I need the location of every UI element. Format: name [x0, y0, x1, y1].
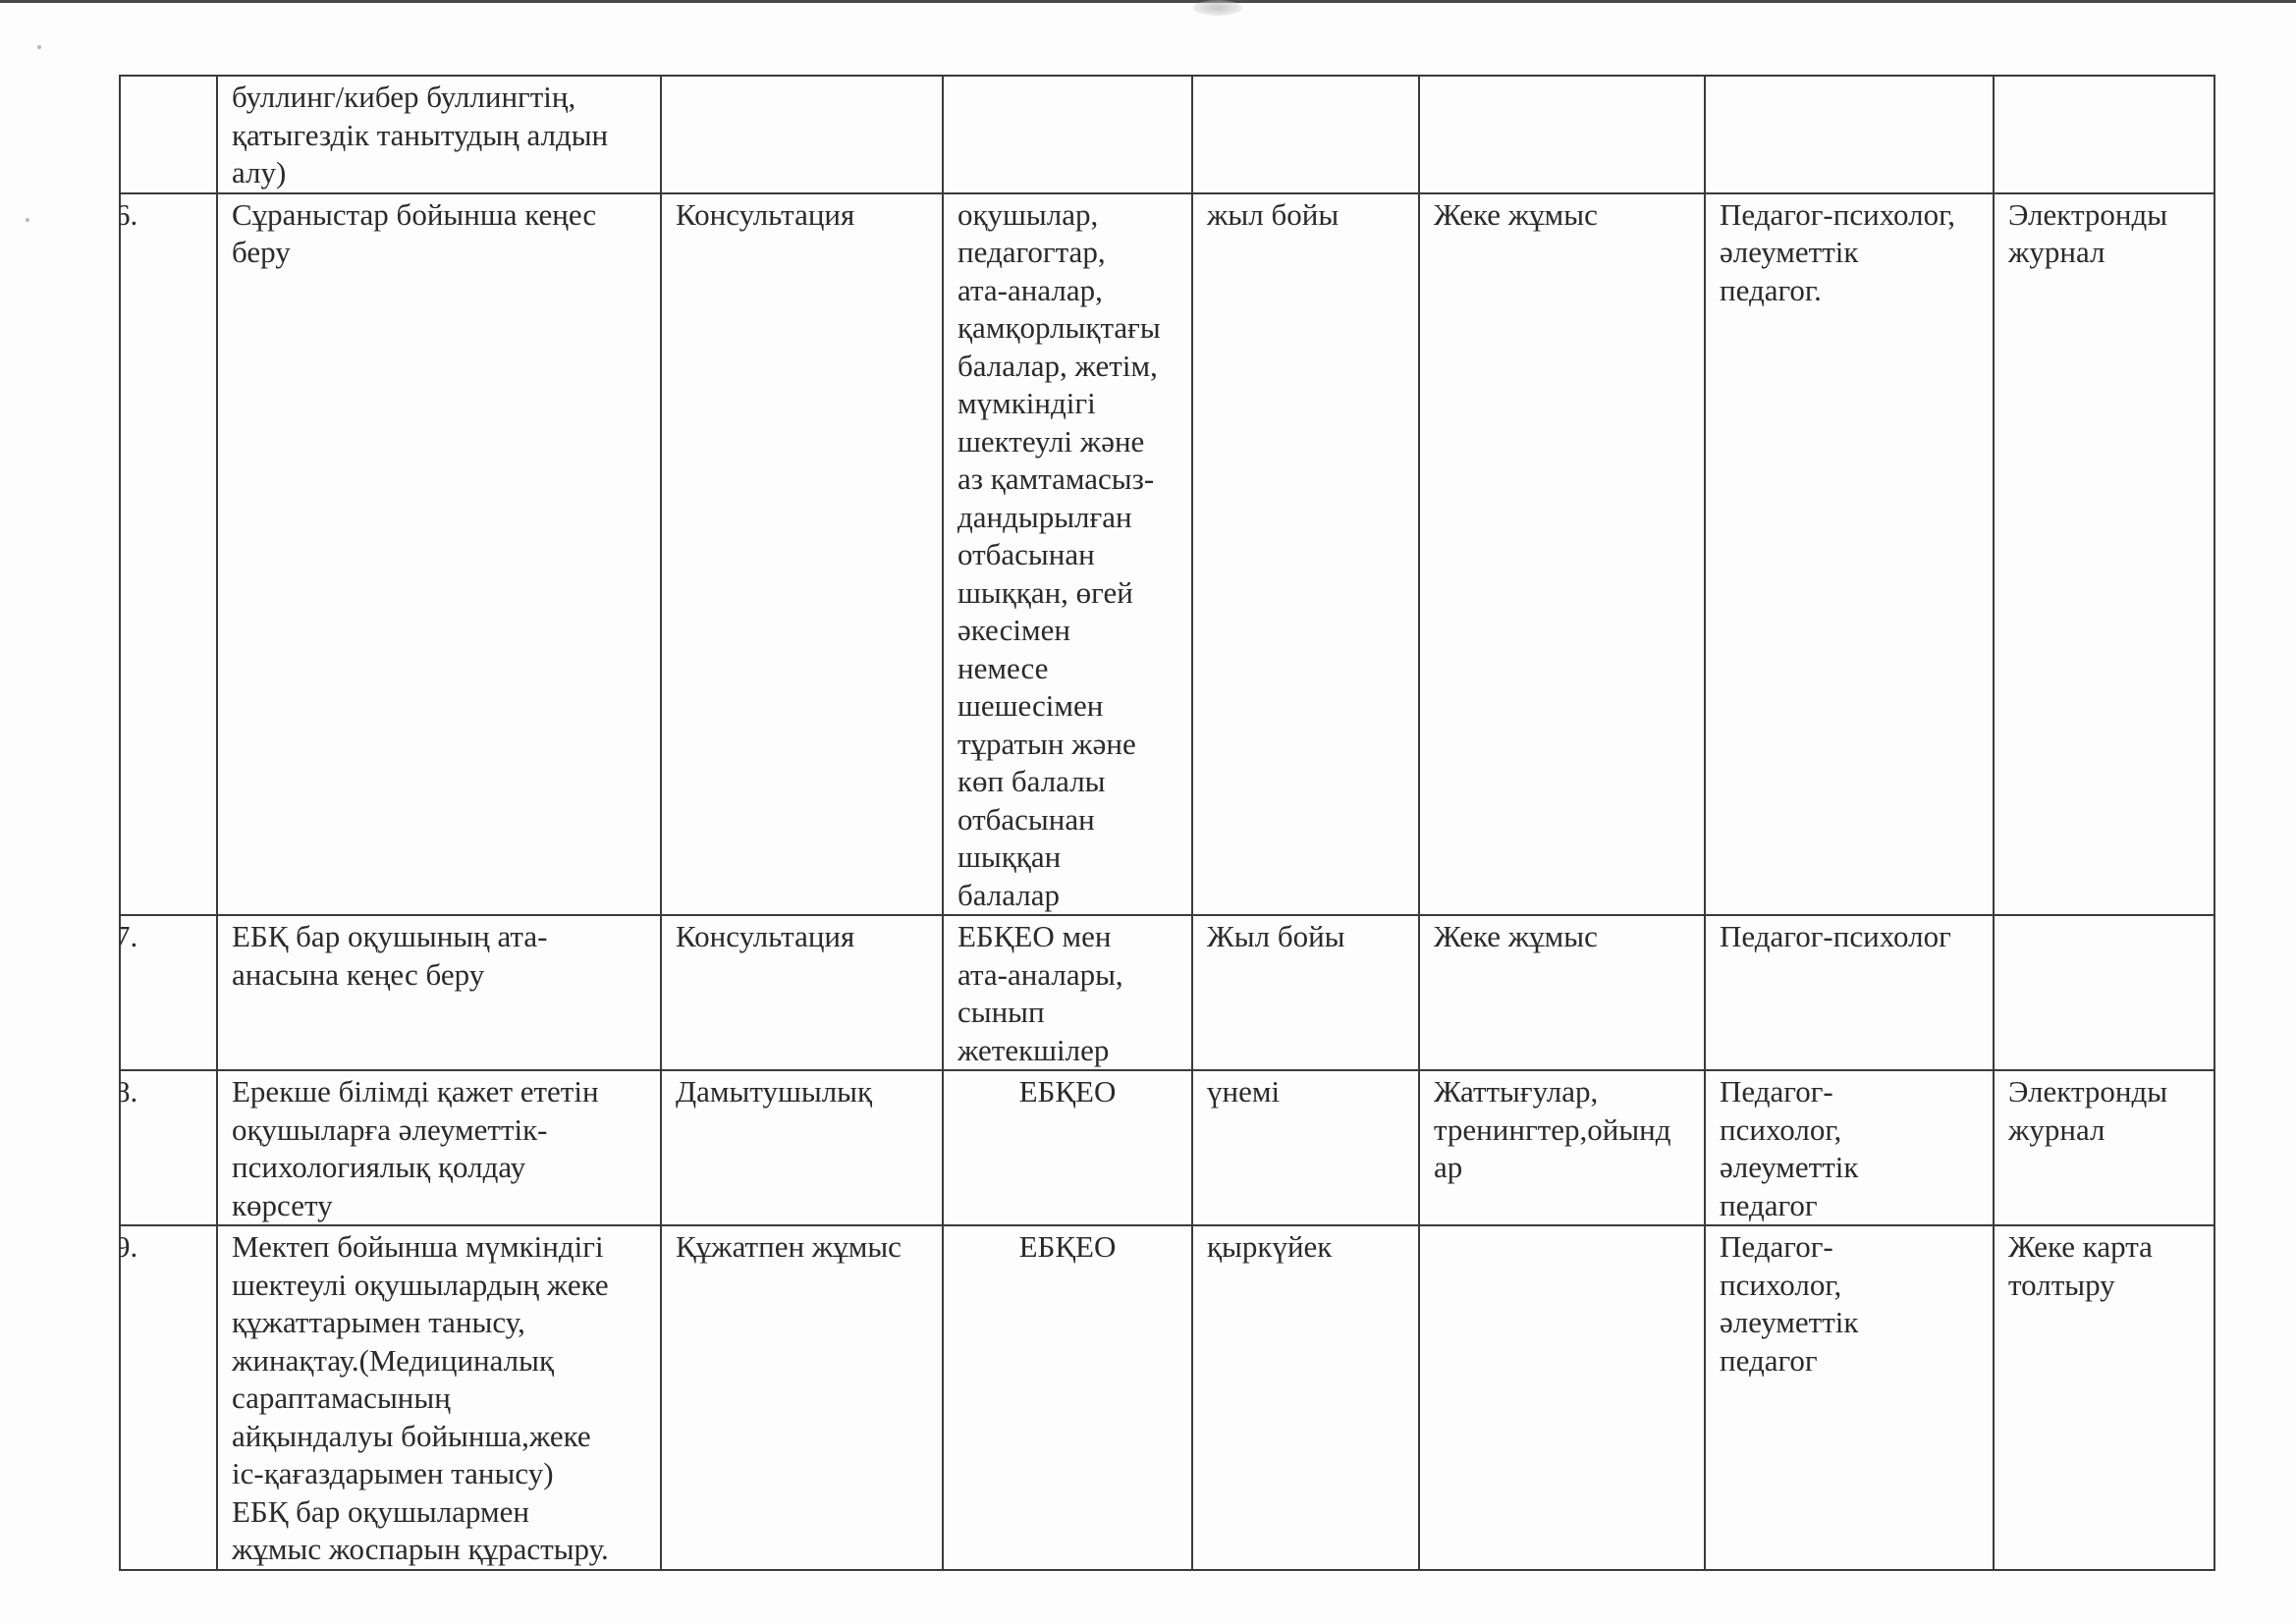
cell-text-line: ЕБҚ бар оқушының ата-: [232, 918, 646, 956]
scan-edge: [0, 0, 2296, 3]
cell-text-line: педагог: [1720, 1342, 1979, 1380]
cell-text-line: отбасынан: [957, 801, 1177, 839]
cell-text-line: балалар: [957, 877, 1177, 915]
work-plan-table: буллинг/кибер буллингтің,қатыгездік таны…: [119, 75, 2215, 1571]
responsible-cell: Педагог-психолог: [1705, 915, 1994, 1070]
row-number-cell: [120, 76, 217, 193]
method-cell: Жеке жұмыс: [1419, 915, 1705, 1070]
deadline-cell: үнемі: [1192, 1070, 1419, 1225]
cell-text-line: Консультация: [676, 918, 928, 956]
cell-text-line: тұратын және: [957, 726, 1177, 764]
cell-text-line: журнал: [2008, 1111, 2200, 1150]
cell-text-line: әлеуметтік: [1720, 1149, 1979, 1187]
cell-text-line: құжаттарымен танысу,: [232, 1304, 646, 1342]
cell-text-line: айқындалуы бойынша,жеке: [232, 1418, 646, 1456]
cell-text-line: ар: [1434, 1149, 1690, 1187]
cell-text-line: аз қамтамасыз-: [957, 460, 1177, 499]
cell-text-line: көп балалы: [957, 763, 1177, 801]
participants-cell: ЕБҚЕО: [943, 1225, 1192, 1570]
cell-text-line: педагогтар,: [957, 234, 1177, 272]
cell-text-line: шыққан: [957, 839, 1177, 877]
cell-text-line: Жыл бойы: [1207, 918, 1404, 956]
responsible-cell: Педагог-психолог,әлеуметтікпедагог: [1705, 1070, 1994, 1225]
cell-text-line: үнемі: [1207, 1073, 1404, 1111]
cell-text-line: психолог,: [1720, 1111, 1979, 1150]
form-cell: Консультация: [661, 915, 943, 1070]
row-number: 6.: [120, 197, 137, 232]
cell-text-line: Сұраныстар бойынша кеңес: [232, 196, 646, 235]
activity-cell: ЕБҚ бар оқушының ата-анасына кеңес беру: [217, 915, 661, 1070]
cell-text-line: Консультация: [676, 196, 928, 235]
cell-text-line: балалар, жетім,: [957, 348, 1177, 386]
method-cell: Жеке жұмыс: [1419, 193, 1705, 916]
cell-text-line: беру: [232, 234, 646, 272]
cell-text-line: Педагог-: [1720, 1073, 1979, 1111]
cell-text-line: сынып: [957, 994, 1177, 1032]
cell-text-line: қатыгездік танытудың алдын: [232, 117, 646, 155]
cell-text-line: шектеулі және: [957, 423, 1177, 461]
cell-text-line: шектеулі оқушылардың жеке: [232, 1267, 646, 1305]
activity-cell: Сұраныстар бойынша кеңесберу: [217, 193, 661, 916]
cell-text-line: көрсету: [232, 1187, 646, 1225]
cell-text-line: педагог: [1720, 1187, 1979, 1225]
cell-text-line: психолог,: [1720, 1267, 1979, 1305]
deadline-cell: Жыл бойы: [1192, 915, 1419, 1070]
participants-cell: [943, 76, 1192, 193]
cell-text-line: оқушыларға әлеуметтік-: [232, 1111, 646, 1150]
deadline-cell: қыркүйек: [1192, 1225, 1419, 1570]
cell-text-line: дандырылған: [957, 499, 1177, 537]
cell-text-line: жинақтау.(Медициналық: [232, 1342, 646, 1380]
cell-text-line: немесе: [957, 650, 1177, 688]
participants-cell: ЕБҚЕО: [943, 1070, 1192, 1225]
method-cell: Жаттығулар,тренингтер,ойындар: [1419, 1070, 1705, 1225]
participants-cell: ЕБҚЕО мената-аналары,сыныпжетекшілер: [943, 915, 1192, 1070]
cell-text-line: шыққан, өгей: [957, 574, 1177, 613]
cell-text-line: жыл бойы: [1207, 196, 1404, 235]
cell-text-line: жұмыс жоспарын құрастыру.: [232, 1531, 646, 1569]
cell-text-line: ЕБҚ бар оқушылармен: [232, 1493, 646, 1532]
cell-text-line: буллинг/кибер буллингтің,: [232, 79, 646, 117]
result-cell: Электрондыжурнал: [1994, 193, 2214, 916]
cell-text-line: шешесімен: [957, 687, 1177, 726]
row-number-cell: 9.: [120, 1225, 217, 1570]
cell-text-line: қамқорлықтағы: [957, 309, 1177, 348]
cell-text-line: Педагог-: [1720, 1228, 1979, 1267]
activity-cell: Ерекше білімді қажет ететіноқушыларға әл…: [217, 1070, 661, 1225]
cell-text-line: жетекшілер: [957, 1032, 1177, 1070]
cell-text-line: Жеке жұмыс: [1434, 918, 1690, 956]
activity-cell: Мектеп бойынша мүмкіндігішектеулі оқушыл…: [217, 1225, 661, 1570]
activity-cell: буллинг/кибер буллингтің,қатыгездік таны…: [217, 76, 661, 193]
form-cell: Дамытушылық: [661, 1070, 943, 1225]
deadline-cell: жыл бойы: [1192, 193, 1419, 916]
method-cell: [1419, 76, 1705, 193]
table-row: 8.Ерекше білімді қажет ететіноқушыларға …: [120, 1070, 2214, 1225]
form-cell: [661, 76, 943, 193]
cell-text-line: әкесімен: [957, 612, 1177, 650]
cell-text-line: оқушылар,: [957, 196, 1177, 235]
deadline-cell: [1192, 76, 1419, 193]
scan-smudge: [1193, 0, 1242, 16]
cell-text-line: алу): [232, 154, 646, 192]
result-cell: [1994, 915, 2214, 1070]
result-cell: Жеке картатолтыру: [1994, 1225, 2214, 1570]
cell-text-line: ата-аналары,: [957, 956, 1177, 995]
cell-text-line: отбасынан: [957, 536, 1177, 574]
row-number: 7.: [120, 919, 137, 953]
table-row: 9.Мектеп бойынша мүмкіндігішектеулі оқуш…: [120, 1225, 2214, 1570]
responsible-cell: Педагог-психолог,әлеуметтікпедагог.: [1705, 193, 1994, 916]
participants-cell: оқушылар,педагогтар,ата-аналар,қамқорлық…: [943, 193, 1192, 916]
cell-text-line: ЕБҚЕО: [957, 1073, 1177, 1111]
cell-text-line: Мектеп бойынша мүмкіндігі: [232, 1228, 646, 1267]
method-cell: [1419, 1225, 1705, 1570]
responsible-cell: [1705, 76, 1994, 193]
cell-text-line: іс-қағаздарымен танысу): [232, 1455, 646, 1493]
cell-text-line: ата-аналар,: [957, 272, 1177, 310]
cell-text-line: Дамытушылық: [676, 1073, 928, 1111]
table-row: буллинг/кибер буллингтің,қатыгездік таны…: [120, 76, 2214, 193]
cell-text-line: ЕБҚЕО: [957, 1228, 1177, 1267]
table-row: 7.ЕБҚ бар оқушының ата-анасына кеңес бер…: [120, 915, 2214, 1070]
cell-text-line: қыркүйек: [1207, 1228, 1404, 1267]
cell-text-line: Ерекше білімді қажет ететін: [232, 1073, 646, 1111]
cell-text-line: сараптамасының: [232, 1380, 646, 1418]
row-number: 9.: [120, 1229, 137, 1264]
cell-text-line: толтыру: [2008, 1267, 2200, 1305]
cell-text-line: әлеуметтік: [1720, 234, 1979, 272]
scan-speck: [37, 45, 41, 49]
table-row: 6.Сұраныстар бойынша кеңесберуКонсультац…: [120, 193, 2214, 916]
responsible-cell: Педагог-психолог,әлеуметтікпедагог: [1705, 1225, 1994, 1570]
cell-text-line: Жеке карта: [2008, 1228, 2200, 1267]
result-cell: Электрондыжурнал: [1994, 1070, 2214, 1225]
row-number: 8.: [120, 1074, 137, 1109]
form-cell: Консультация: [661, 193, 943, 916]
cell-text-line: Педагог-психолог: [1720, 918, 1979, 956]
scan-speck: [26, 218, 29, 222]
cell-text-line: Құжатпен жұмыс: [676, 1228, 928, 1267]
cell-text-line: Жаттығулар,: [1434, 1073, 1690, 1111]
cell-text-line: мүмкіндігі: [957, 385, 1177, 423]
cell-text-line: анасына кеңес беру: [232, 956, 646, 995]
row-number-cell: 6.: [120, 193, 217, 916]
row-number-cell: 8.: [120, 1070, 217, 1225]
cell-text-line: тренингтер,ойынд: [1434, 1111, 1690, 1150]
cell-text-line: журнал: [2008, 234, 2200, 272]
result-cell: [1994, 76, 2214, 193]
cell-text-line: Электронды: [2008, 196, 2200, 235]
cell-text-line: Педагог-психолог,: [1720, 196, 1979, 235]
cell-text-line: әлеуметтік: [1720, 1304, 1979, 1342]
cell-text-line: Жеке жұмыс: [1434, 196, 1690, 235]
cell-text-line: психологиялық қолдау: [232, 1149, 646, 1187]
cell-text-line: ЕБҚЕО мен: [957, 918, 1177, 956]
row-number-cell: 7.: [120, 915, 217, 1070]
cell-text-line: Электронды: [2008, 1073, 2200, 1111]
cell-text-line: педагог.: [1720, 272, 1979, 310]
form-cell: Құжатпен жұмыс: [661, 1225, 943, 1570]
